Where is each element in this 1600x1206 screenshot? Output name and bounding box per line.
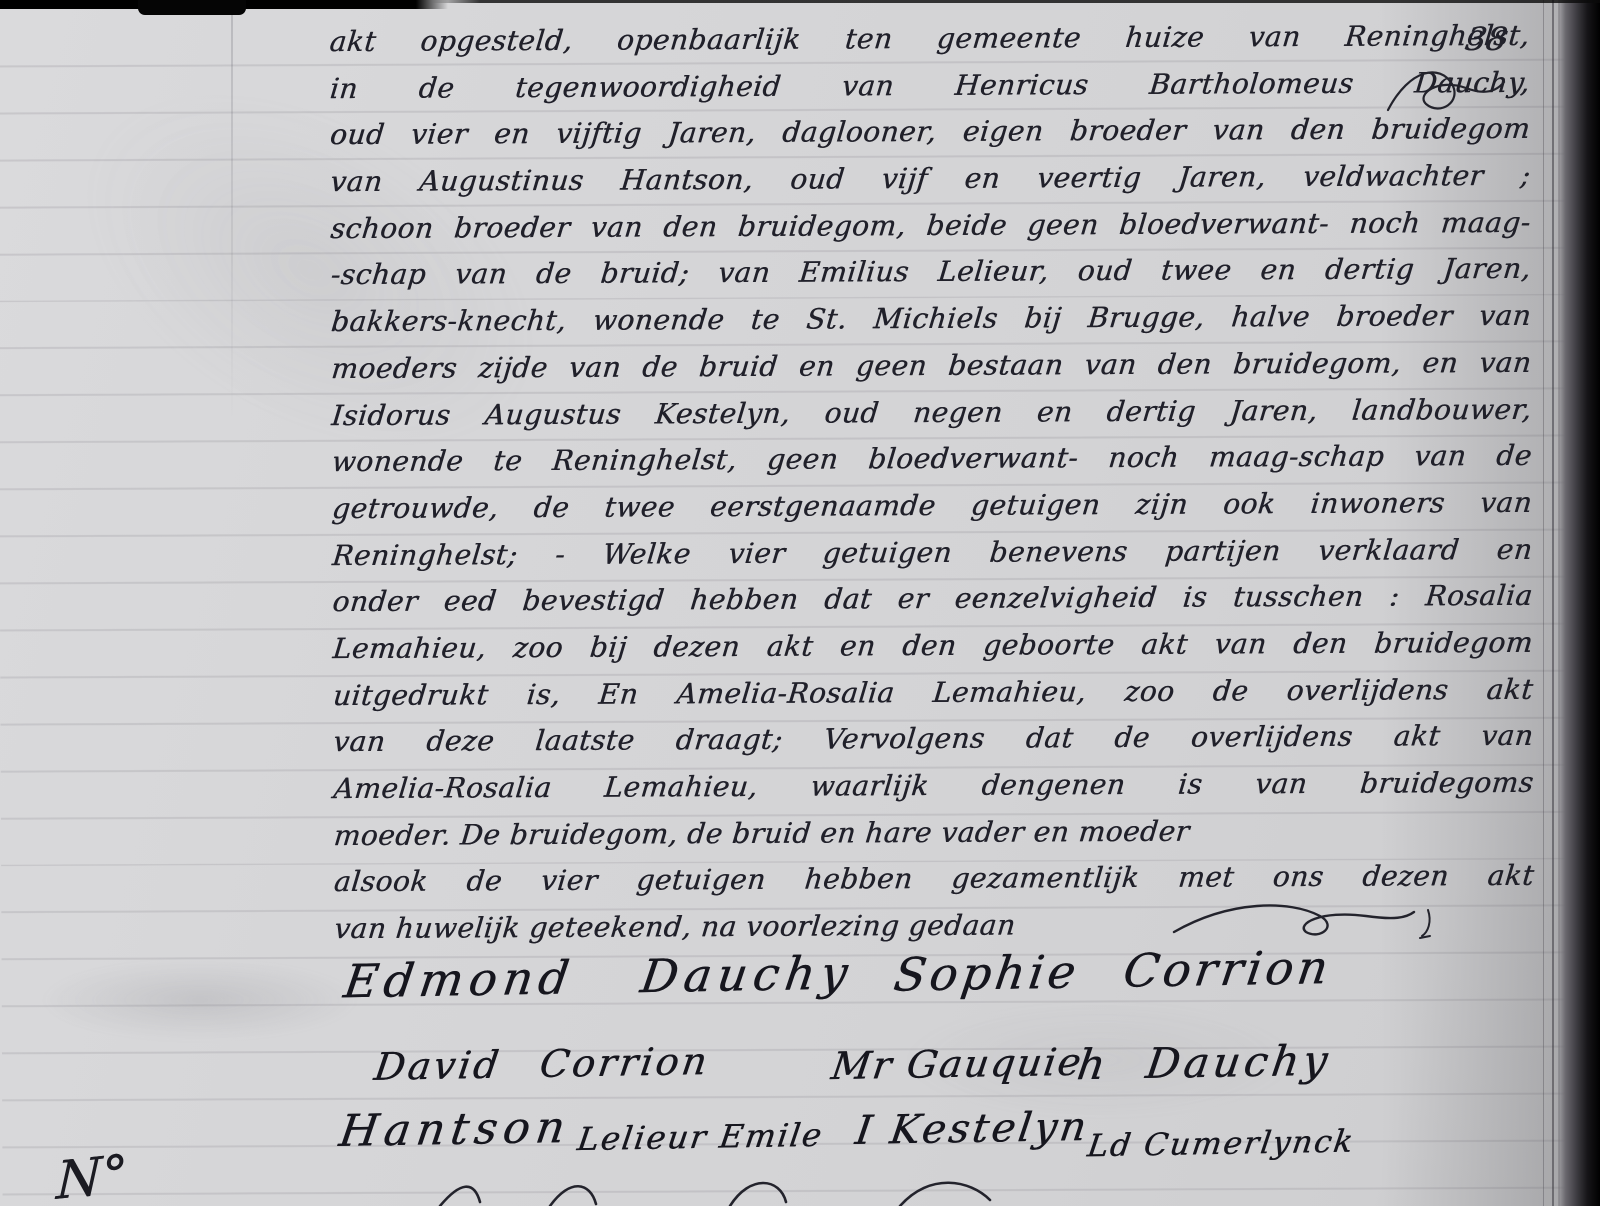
ink-bleedthrough xyxy=(40,960,360,1040)
manuscript-line: akt opgesteld, openbaarlijk ten gemeente… xyxy=(327,13,1532,66)
manuscript-line: Amelia-Rosalia Lemahieu, waarlijk dengen… xyxy=(331,760,1536,813)
manuscript-line: van deze laatste draagt; Vervolgens dat … xyxy=(331,713,1536,766)
signature: Edmond Dauchy xyxy=(341,946,857,1009)
manuscript-line: van Augustinus Hantson, oud vijf en veer… xyxy=(328,153,1533,206)
partial-signature-stroke xyxy=(430,1172,1050,1206)
manuscript-line: uitgedrukt is, En Amelia-Rosalia Lemahie… xyxy=(331,666,1536,719)
signature: Sophie Corrion xyxy=(891,940,1335,1002)
signature: Ld Cumerlynck xyxy=(1085,1124,1357,1165)
manuscript-line: wonende te Reninghelst, geen bloedverwan… xyxy=(330,433,1535,486)
manuscript-line: moeders zijde van de bruid en geen besta… xyxy=(329,340,1534,393)
manuscript-line: onder eed bevestigd hebben dat er eenzel… xyxy=(330,573,1535,626)
manuscript-line: Isidorus Augustus Kestelyn, oud negen en… xyxy=(329,386,1534,439)
signature: h Dauchy xyxy=(1074,1036,1334,1089)
manuscript-line: oud vier en vijftig Jaren, daglooner, ei… xyxy=(328,106,1533,159)
signature: I Kestelyn xyxy=(852,1104,1092,1154)
manuscript-line: Lemahieu, zoo bij dezen akt en den geboo… xyxy=(331,620,1536,673)
signature: Hantson xyxy=(336,1102,574,1157)
manuscript-line: in de tegenwoordigheid van Henricus Bart… xyxy=(328,60,1533,113)
page-edge-rule xyxy=(1552,0,1554,1206)
manuscript-line: getrouwde, de twee eerstgenaamde getuige… xyxy=(330,480,1535,533)
margin-number-mark: N° xyxy=(55,1144,128,1206)
signature: Mr Gauquie xyxy=(829,1040,1086,1088)
manuscript-line: schoon broeder van den bruidegom, beide … xyxy=(328,200,1533,253)
signature: Lelieur Emile xyxy=(575,1116,826,1158)
scan-top-edge-blob xyxy=(138,0,246,15)
manuscript-line: -schap van de bruid; van Emilius Lelieur… xyxy=(329,246,1534,299)
manuscript-line: bakkers-knecht, wonende te St. Michiels … xyxy=(329,293,1534,346)
manuscript-body: akt opgesteld, openbaarlijk ten gemeente… xyxy=(330,13,1535,953)
page-edge-rule xyxy=(1543,0,1544,1206)
manuscript-line: moeder. De bruidegom, de bruid en hare v… xyxy=(332,807,1537,860)
manuscript-line: Reninghelst; - Welke vier getuigen benev… xyxy=(330,526,1535,579)
book-gutter-edge xyxy=(1558,0,1600,1206)
page-shadow xyxy=(1380,0,1560,1206)
signature: David Corrion xyxy=(371,1039,712,1089)
scanned-marriage-act-page: akt opgesteld, openbaarlijk ten gemeente… xyxy=(0,0,1600,1206)
